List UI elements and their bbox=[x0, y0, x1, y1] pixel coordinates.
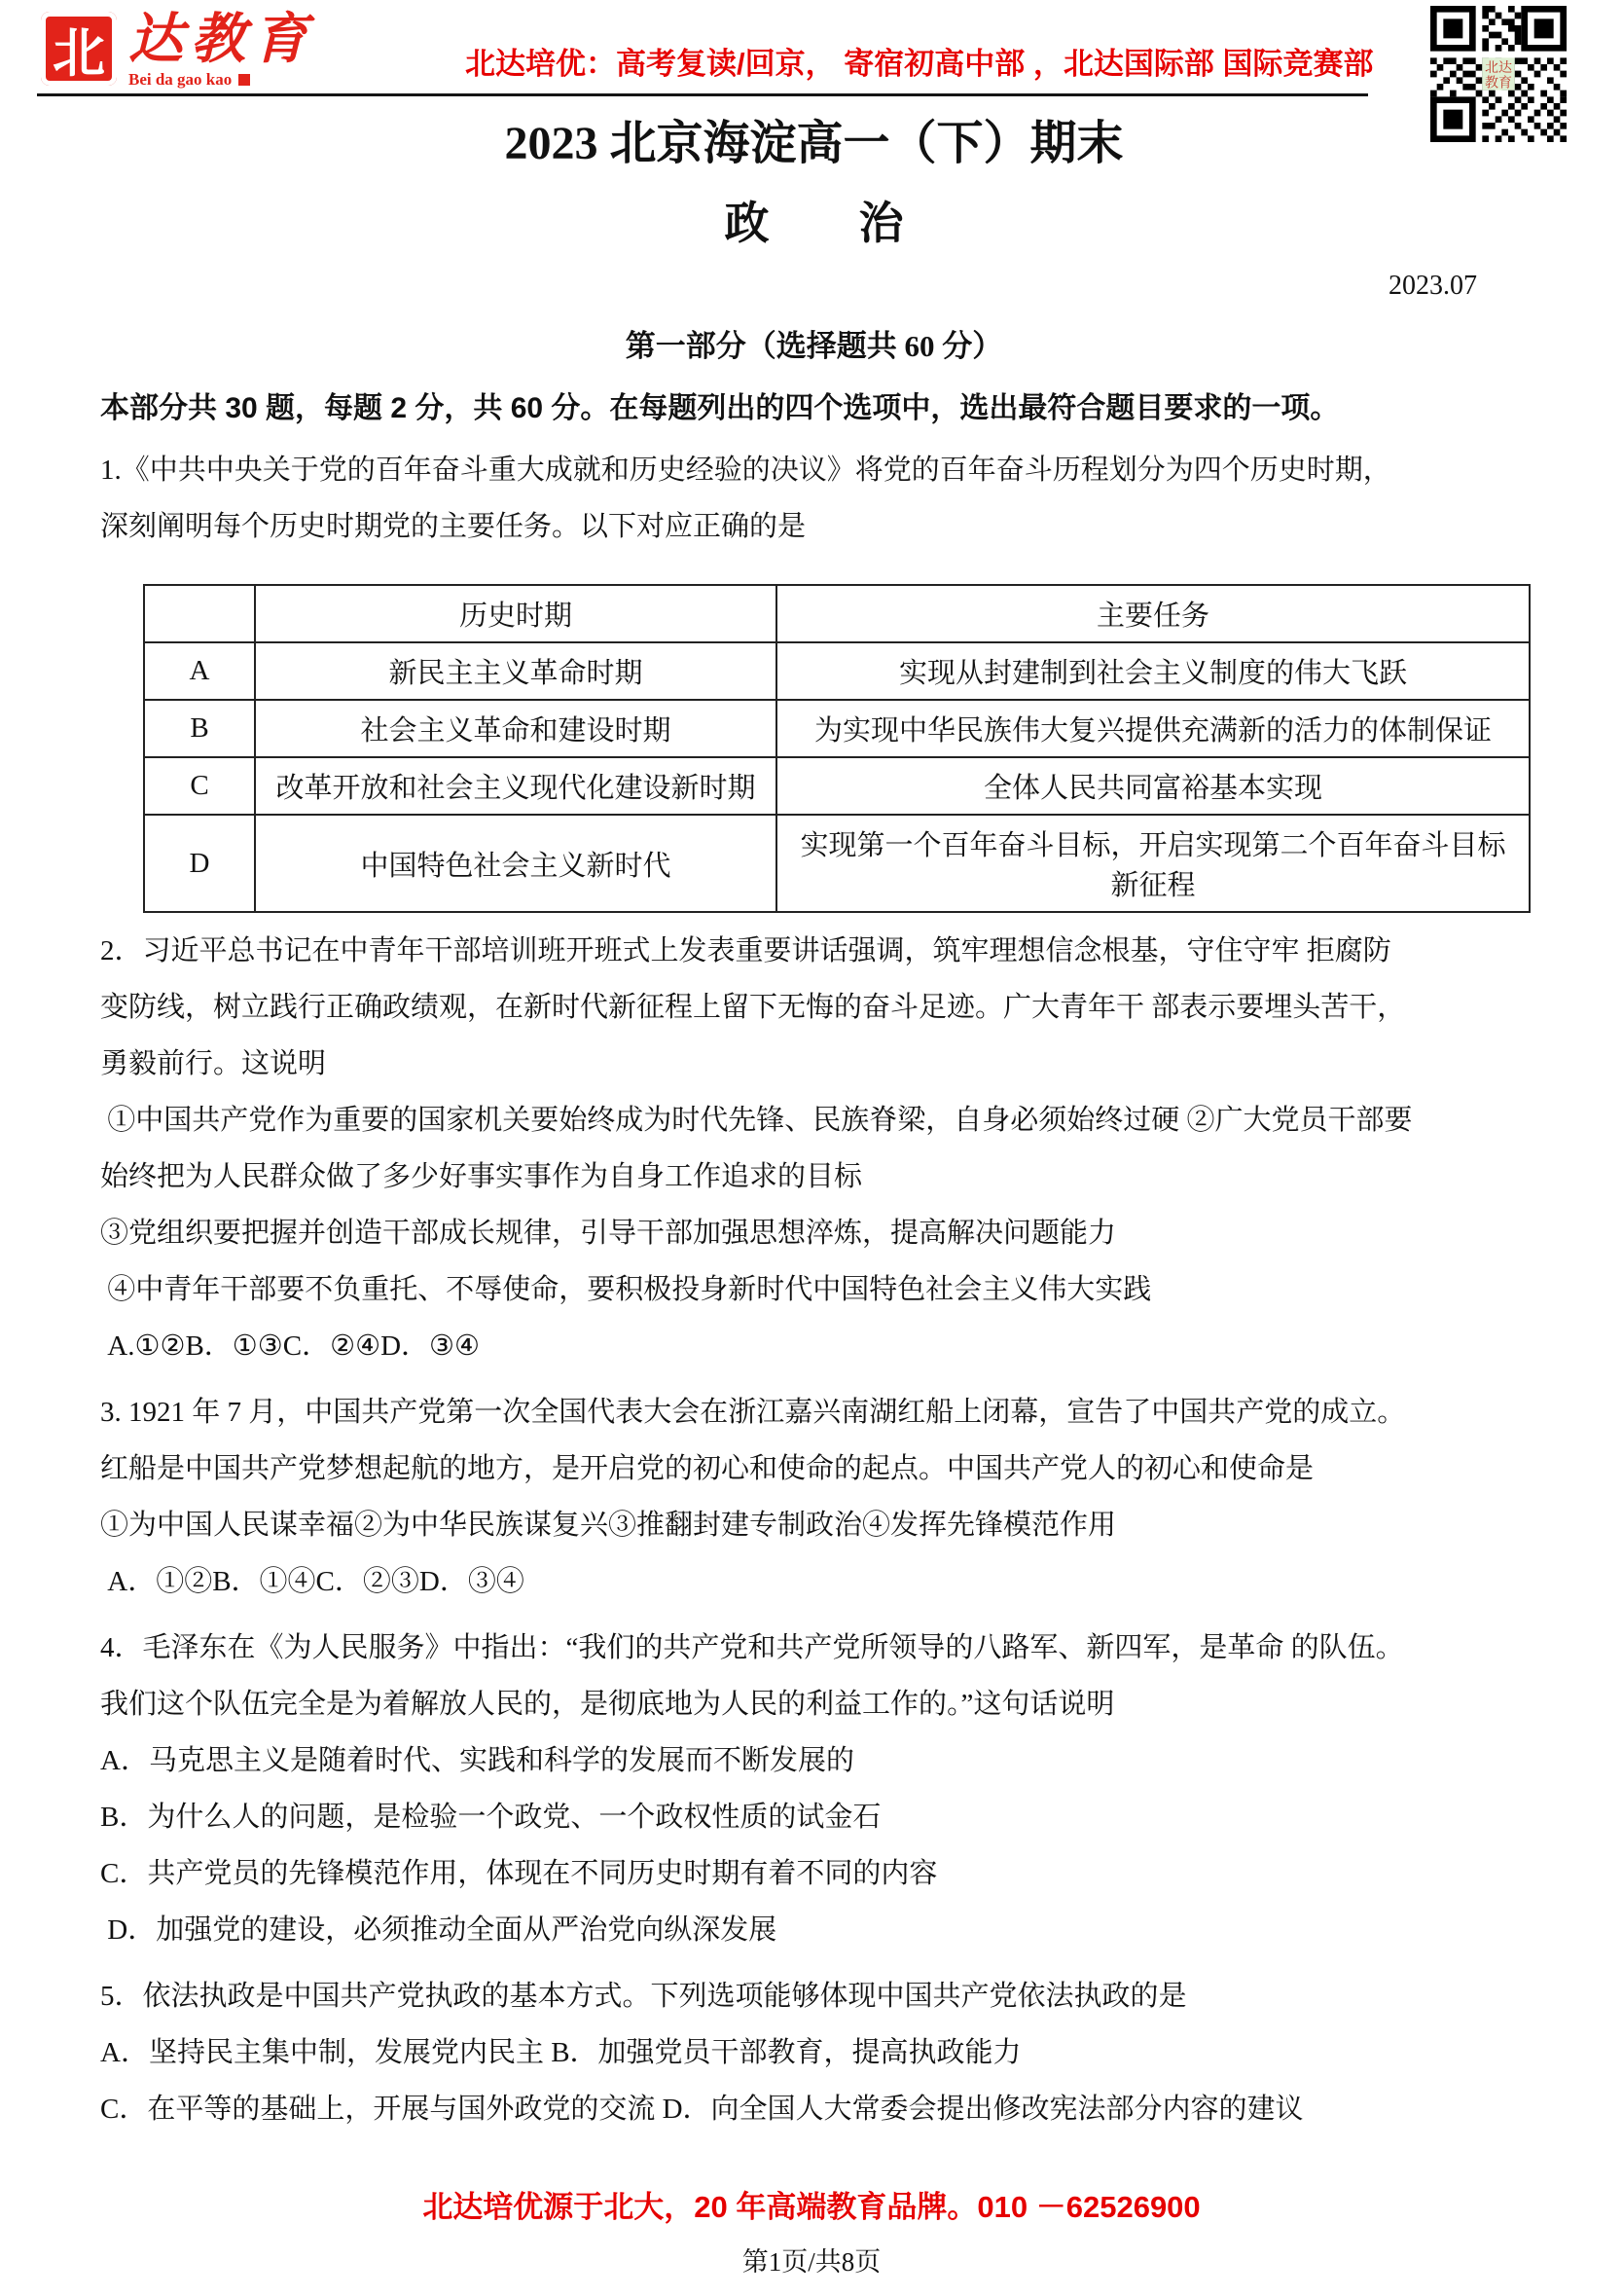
answer-options-line: C．在平等的基础上，开展与国外政党的交流 D．向全国人大常委会提出修改宪法部分内… bbox=[100, 2081, 1528, 2137]
cell-period: 中国特色社会主义新时代 bbox=[255, 815, 776, 912]
table-row: D 中国特色社会主义新时代 实现第一个百年奋斗目标，开启实现第二个百年奋斗目标 … bbox=[144, 815, 1530, 912]
question-1: 1.《中共中央关于党的百年奋斗重大成就和历史经验的决议》将党的百年奋斗历程划分为… bbox=[100, 442, 1528, 913]
answer-options-line: A．①②B．①④C．②③D．③④ bbox=[100, 1553, 1528, 1610]
question-5: 5．依法执政是中国共产党执政的基本方式。下列选项能够体现中国共产党依法执政的是 … bbox=[100, 1968, 1528, 2137]
cell-label: A bbox=[144, 642, 255, 700]
qr-center-label-1: 北达 bbox=[1485, 59, 1512, 76]
qr-center-label-2: 教育 bbox=[1485, 74, 1512, 91]
section-instructions: 本部分共 30 题，每题 2 分，共 60 分。在每题列出的四个选项中，选出最符… bbox=[100, 385, 1528, 432]
cell-task: 实现从封建制到社会主义制度的伟大飞跃 bbox=[776, 642, 1530, 700]
header-slogan: 北达培优：高考复读/回京， 寄宿初高中部 ，北达国际部 国际竞赛部 bbox=[465, 39, 1373, 83]
question-line: 深刻阐明每个历史时期党的主要任务。以下对应正确的是 bbox=[100, 498, 1528, 555]
brand-text-block: 达教育 Bei da gao kao bbox=[128, 12, 315, 90]
answer-options-line: A．坚持民主集中制，发展党内民主 B．加强党员干部教育，提高执政能力 bbox=[100, 2024, 1528, 2081]
exam-page: 北 达教育 Bei da gao kao 北达培优：高考复读/回京， 寄宿初高中… bbox=[0, 0, 1623, 2296]
question-line: 始终把为人民群众做了多少好事实事作为自身工作追求的目标 bbox=[100, 1148, 1528, 1205]
cell-task: 全体人民共同富裕基本实现 bbox=[776, 757, 1530, 815]
page-number: 第1页/共8页 bbox=[0, 2241, 1623, 2278]
header-divider bbox=[37, 93, 1368, 96]
question-4: 4．毛泽东在《为人民服务》中指出：“我们的共产党和共产党所领导的八路军、新四军，… bbox=[100, 1620, 1528, 1958]
footer-slogan: 北达培优源于北大，20 年高端教育品牌。010 －62526900 bbox=[0, 2182, 1623, 2226]
answer-options-line: A.①②B．①③C．②④D．③④ bbox=[100, 1318, 1528, 1374]
cell-period: 新民主主义革命时期 bbox=[255, 642, 776, 700]
header-cell-task: 主要任务 bbox=[776, 585, 1530, 642]
section-heading: 第一部分（选择题共 60 分） bbox=[100, 325, 1528, 368]
question-line: 5．依法执政是中国共产党执政的基本方式。下列选项能够体现中国共产党依法执政的是 bbox=[100, 1968, 1528, 2024]
question-line: 4．毛泽东在《为人民服务》中指出：“我们的共产党和共产党所领导的八路军、新四军，… bbox=[100, 1620, 1528, 1676]
question-line: 勇毅前行。这说明 bbox=[100, 1036, 1528, 1092]
answer-options-line: A．马克思主义是随着时代、实践和科学的发展而不断发展的 bbox=[100, 1732, 1528, 1789]
logo-seal-char: 北 bbox=[53, 12, 105, 87]
table-row: A 新民主主义革命时期 实现从封建制到社会主义制度的伟大飞跃 bbox=[144, 642, 1530, 700]
exam-date: 2023.07 bbox=[100, 269, 1528, 304]
brand-name: 达教育 bbox=[128, 12, 315, 68]
brand-square-icon bbox=[238, 74, 250, 86]
exam-body: 2023 北京海淀高一（下）期末 政 治 2023.07 第一部分（选择题共 6… bbox=[100, 97, 1528, 2137]
cell-period: 社会主义革命和建设时期 bbox=[255, 700, 776, 757]
page-header: 北 达教育 Bei da gao kao 北达培优：高考复读/回京， 寄宿初高中… bbox=[0, 0, 1623, 97]
question-line: ③党组织要把握并创造干部成长规律，引导干部加强思想淬炼，提高解决问题能力 bbox=[100, 1205, 1528, 1261]
question-line: 2．习近平总书记在中青年干部培训班开班式上发表重要讲话强调，筑牢理想信念根基，守… bbox=[100, 923, 1528, 979]
cell-period: 改革开放和社会主义现代化建设新时期 bbox=[255, 757, 776, 815]
logo-seal-icon: 北 bbox=[41, 12, 117, 86]
question-line: 3. 1921 年 7 月，中国共产党第一次全国代表大会在浙江嘉兴南湖红船上闭幕… bbox=[100, 1384, 1528, 1440]
table-header-row: 历史时期 主要任务 bbox=[144, 585, 1530, 642]
answer-options-line: B．为什么人的问题，是检验一个政党、一个政权性质的试金石 bbox=[100, 1789, 1528, 1845]
subject-title: 政 治 bbox=[100, 193, 1528, 255]
cell-task: 实现第一个百年奋斗目标，开启实现第二个百年奋斗目标 新征程 bbox=[776, 815, 1530, 912]
cell-label: D bbox=[144, 815, 255, 912]
question-line: ①中国共产党作为重要的国家机关要始终成为时代先锋、民族脊梁，自身必须始终过硬 ②… bbox=[100, 1092, 1528, 1148]
answer-options-line: D．加强党的建设，必须推动全面从严治党向纵深发展 bbox=[100, 1902, 1528, 1958]
brand-subtitle-text: Bei da gao kao bbox=[128, 70, 232, 90]
header-cell-label bbox=[144, 585, 255, 642]
brand-logo: 北 达教育 Bei da gao kao bbox=[41, 12, 315, 90]
cell-label: B bbox=[144, 700, 255, 757]
page-title: 2023 北京海淀高一（下）期末 bbox=[100, 113, 1528, 175]
brand-subtitle: Bei da gao kao bbox=[128, 70, 315, 90]
header-cell-period: 历史时期 bbox=[255, 585, 776, 642]
cell-label: C bbox=[144, 757, 255, 815]
question-line: 红船是中国共产党梦想起航的地方，是开启党的初心和使命的起点。中国共产党人的初心和… bbox=[100, 1440, 1528, 1497]
question-line: ④中青年干部要不负重托、不辱使命，要积极投身新时代中国特色社会主义伟大实践 bbox=[100, 1261, 1528, 1318]
question-3: 3. 1921 年 7 月，中国共产党第一次全国代表大会在浙江嘉兴南湖红船上闭幕… bbox=[100, 1384, 1528, 1610]
cell-task: 为实现中华民族伟大复兴提供充满新的活力的体制保证 bbox=[776, 700, 1530, 757]
question-line: ①为中国人民谋幸福②为中华民族谋复兴③推翻封建专制政治④发挥先锋模范作用 bbox=[100, 1497, 1528, 1553]
question-line: 变防线，树立践行正确政绩观，在新时代新征程上留下无悔的奋斗足迹。广大青年干 部表… bbox=[100, 979, 1528, 1036]
answer-options-line: C．共产党员的先锋模范作用，体现在不同历史时期有着不同的内容 bbox=[100, 1845, 1528, 1902]
q1-table: 历史时期 主要任务 A 新民主主义革命时期 实现从封建制到社会主义制度的伟大飞跃… bbox=[143, 584, 1531, 913]
table-row: B 社会主义革命和建设时期 为实现中华民族伟大复兴提供充满新的活力的体制保证 bbox=[144, 700, 1530, 757]
question-2: 2．习近平总书记在中青年干部培训班开班式上发表重要讲话强调，筑牢理想信念根基，守… bbox=[100, 923, 1528, 1374]
question-line: 我们这个队伍完全是为着解放人民的，是彻底地为人民的利益工作的。”这句话说明 bbox=[100, 1676, 1528, 1732]
table-row: C 改革开放和社会主义现代化建设新时期 全体人民共同富裕基本实现 bbox=[144, 757, 1530, 815]
question-line: 1.《中共中央关于党的百年奋斗重大成就和历史经验的决议》将党的百年奋斗历程划分为… bbox=[100, 442, 1528, 498]
